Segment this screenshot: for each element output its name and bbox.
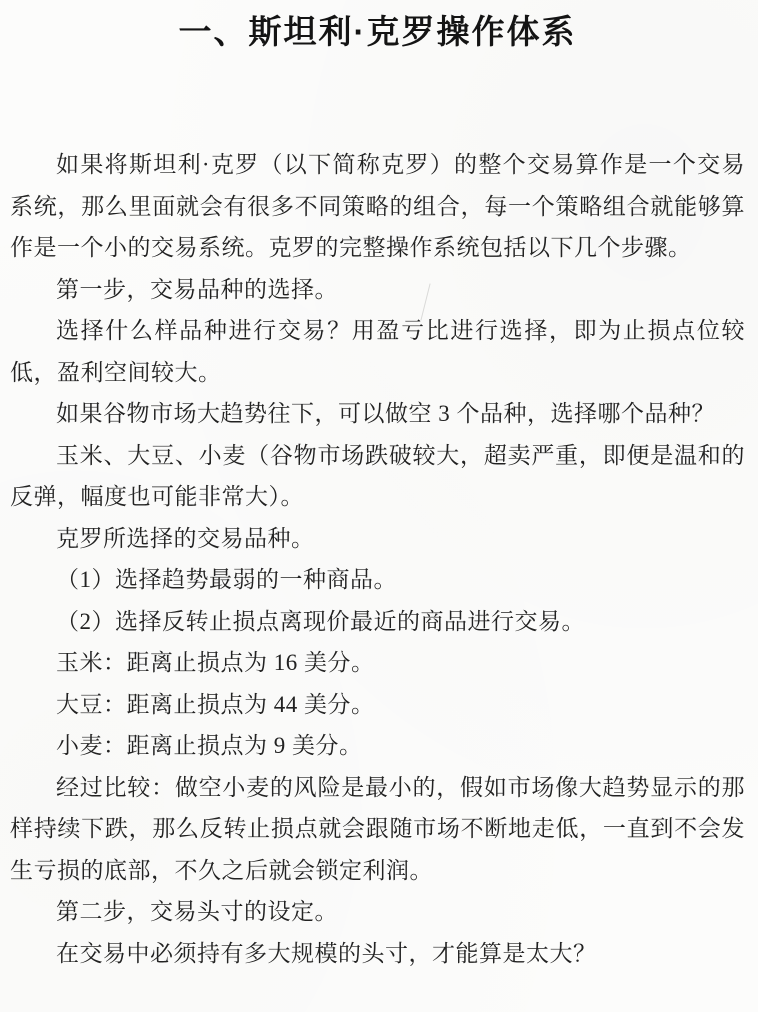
paragraph: 如果将斯坦利·克罗（以下简称克罗）的整个交易算作是一个交易系统，那么里面就会有很… <box>10 144 745 269</box>
paragraph: 克罗所选择的交易品种。 <box>10 518 745 560</box>
paragraph: 玉米：距离止损点为 16 美分。 <box>10 642 745 684</box>
paragraph: 第一步，交易品种的选择。 <box>10 269 745 311</box>
paragraph: （2）选择反转止损点离现价最近的商品进行交易。 <box>10 601 745 643</box>
body-text-container: 如果将斯坦利·克罗（以下简称克罗）的整个交易算作是一个交易系统，那么里面就会有很… <box>10 144 745 974</box>
book-page: 一、斯坦利·克罗操作体系 如果将斯坦利·克罗（以下简称克罗）的整个交易算作是一个… <box>0 0 758 1012</box>
paragraph: 大豆：距离止损点为 44 美分。 <box>10 684 745 726</box>
paragraph: 第二步，交易头寸的设定。 <box>10 891 745 933</box>
paragraph: （1）选择趋势最弱的一种商品。 <box>10 559 745 601</box>
paragraph: 玉米、大豆、小麦（谷物市场跌破较大，超卖严重，即便是温和的反弹，幅度也可能非常大… <box>10 435 745 518</box>
paragraph: 如果谷物市场大趋势往下，可以做空 3 个品种，选择哪个品种？ <box>10 393 745 435</box>
paragraph: 小麦：距离止损点为 9 美分。 <box>10 725 745 767</box>
page-title: 一、斯坦利·克罗操作体系 <box>10 12 745 52</box>
paragraph: 经过比较：做空小麦的风险是最小的，假如市场像大趋势显示的那样持续下跌，那么反转止… <box>10 767 745 892</box>
paragraph: 选择什么样品种进行交易？用盈亏比进行选择，即为止损点位较低，盈利空间较大。 <box>10 310 745 393</box>
paragraph: 在交易中必须持有多大规模的头寸，才能算是太大？ <box>10 933 745 975</box>
